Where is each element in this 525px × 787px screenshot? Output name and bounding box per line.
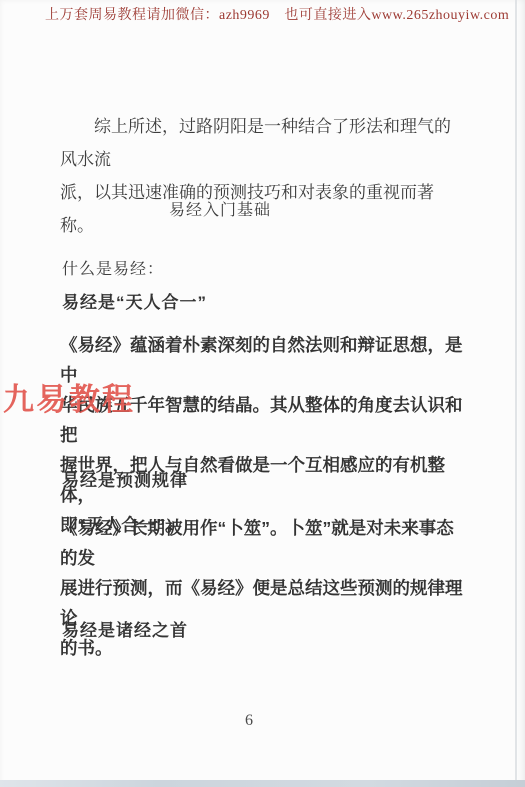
- question-line: 什么是易经：: [62, 256, 164, 279]
- paragraph-tianren: 《易经》蕴涵着朴素深刻的自然法则和辩证思想，是中华民族五千年智慧的结晶。其从整体…: [60, 330, 466, 540]
- watermark-jiuyi-jiaocheng: 九易教程: [3, 374, 135, 419]
- promo-header-text: 上万套周易教程请加微信：azh9969 也可直接进入www.265zhouyiw…: [45, 4, 495, 24]
- scan-edge-shade: [517, 0, 525, 787]
- section-title: 易经入门基础: [0, 197, 440, 220]
- heading-yuce-guilv: 易经是预测规律: [62, 466, 188, 491]
- scan-bottom-strip: [0, 780, 525, 787]
- page-number: 6: [0, 712, 498, 730]
- heading-zhujing-zhishou: 易经是诸经之首: [62, 616, 188, 641]
- scanned-document-page: 上万套周易教程请加微信：azh9969 也可直接进入www.265zhouyiw…: [0, 0, 525, 787]
- paragraph-line: 综上所述，过路阴阳是一种结合了形法和理气的风水流: [60, 110, 466, 176]
- intro-paragraph: 综上所述，过路阴阳是一种结合了形法和理气的风水流派，以其迅速准确的预测技巧和对表…: [60, 110, 466, 242]
- paragraph-line: 《易经》长期被用作“卜筮”。卜筮”就是对未来事态的发: [60, 513, 466, 573]
- heading-tianren-heyi: 易经是“天人合一”: [62, 288, 207, 313]
